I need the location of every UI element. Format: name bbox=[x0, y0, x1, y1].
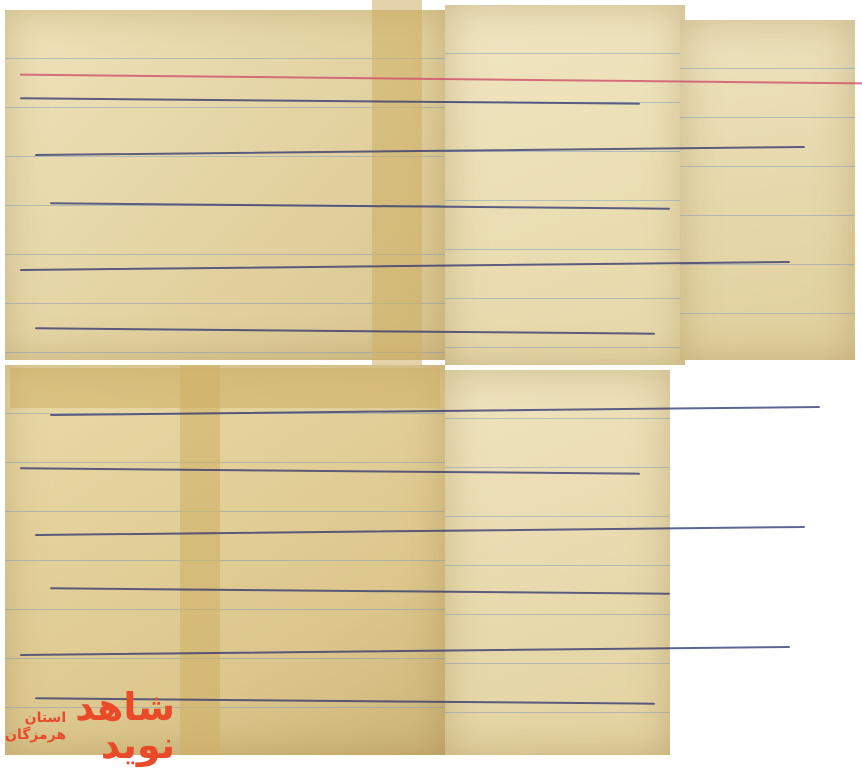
logo-title: شاهد نوید bbox=[75, 688, 175, 764]
paper-fragment-top-right bbox=[445, 5, 685, 365]
shahed-navid-logo: شاهد نوید استان هرمزگان bbox=[0, 688, 185, 768]
paper-fragment-far-right bbox=[680, 20, 855, 360]
paper-fragment-bottom-right bbox=[445, 370, 670, 755]
tape-strip bbox=[372, 0, 422, 365]
tape-strip bbox=[10, 368, 440, 408]
logo-subtitle: استان هرمزگان bbox=[5, 710, 66, 744]
tape-strip bbox=[180, 365, 220, 755]
